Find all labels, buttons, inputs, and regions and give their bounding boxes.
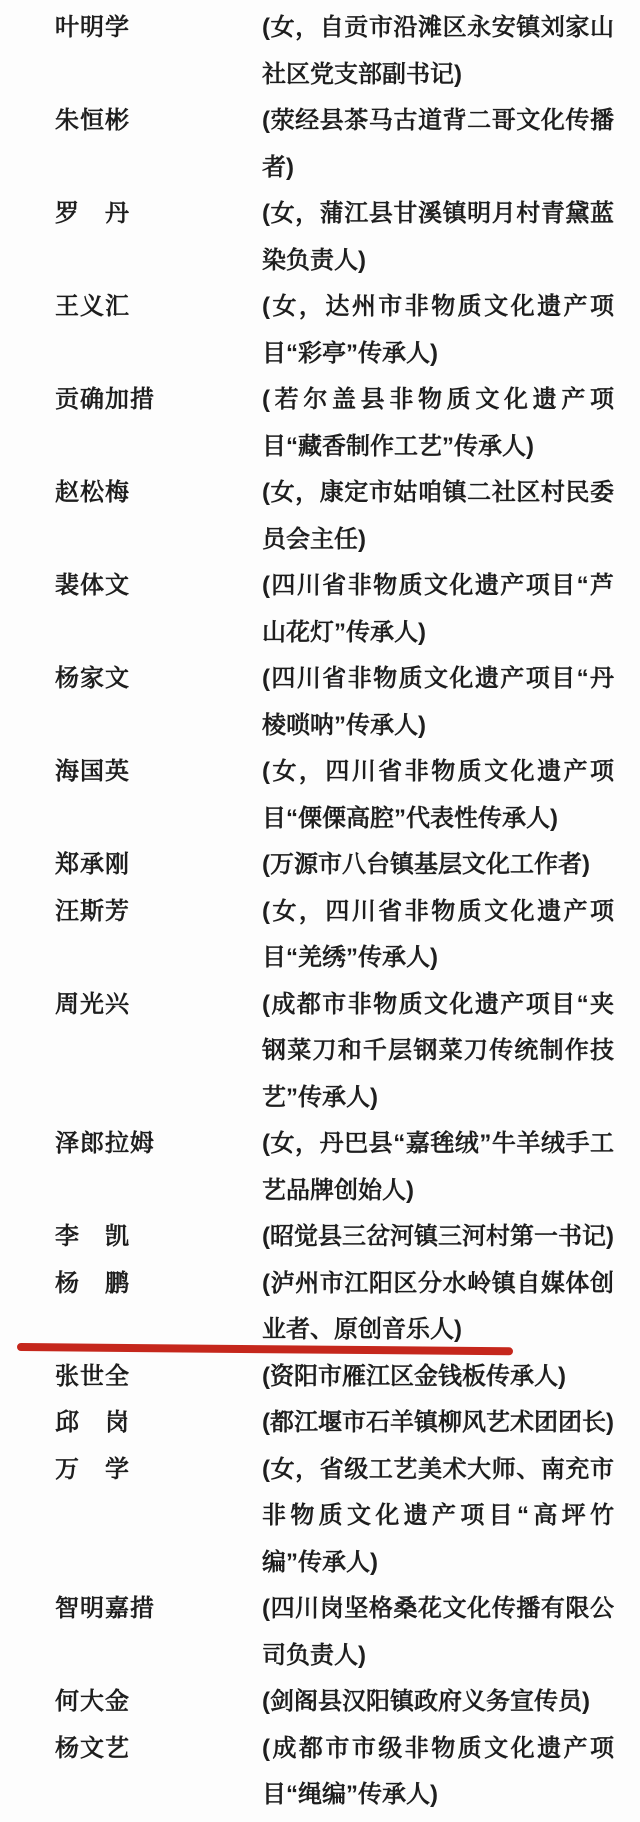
list-item: 汪斯芳 (女，四川省非物质文化遗产项目“羌绣”传承人) <box>0 889 640 982</box>
list-item: 贡确加措 (若尔盖县非物质文化遗产项目“藏香制作工艺”传承人) <box>0 377 640 470</box>
person-description: (都江堰市石羊镇柳风艺术团团长) <box>262 1400 614 1447</box>
person-description: (剑阁县汉阳镇政府义务宣传员) <box>262 1679 614 1726</box>
person-description: (成都市市级非物质文化遗产项目“绳编”传承人) <box>262 1726 614 1819</box>
list-item: 周光兴 (成都市非物质文化遗产项目“夹钢菜刀和千层钢菜刀传统制作技艺”传承人) <box>0 982 640 1122</box>
list-item: 杨 鹏 (泸州市江阳区分水岭镇自媒体创业者、原创音乐人) <box>0 1261 640 1354</box>
person-description: (女，四川省非物质文化遗产项目“羌绣”传承人) <box>262 889 614 982</box>
person-name: 张世全 <box>55 1354 262 1401</box>
list-item: 郑承刚 (万源市八台镇基层文化工作者) <box>0 842 640 889</box>
list-item: 海国英 (女，四川省非物质文化遗产项目“傈傈高腔”代表性传承人) <box>0 749 640 842</box>
person-name: 泽郎拉姆 <box>55 1121 262 1168</box>
person-description: (女，四川省非物质文化遗产项目“傈傈高腔”代表性传承人) <box>262 749 614 842</box>
person-name: 海国英 <box>55 749 262 796</box>
person-name: 万 学 <box>55 1447 262 1494</box>
document-page: 叶明学 (女，自贡市沿滩区永安镇刘家山社区党支部副书记) 朱恒彬 (荥经县茶马古… <box>0 0 640 1822</box>
list-item: 杨家文 (四川省非物质文化遗产项目“丹棱唢呐”传承人) <box>0 656 640 749</box>
person-description: (女，丹巴县“嘉毪绒”牛羊绒手工艺品牌创始人) <box>262 1121 614 1214</box>
list-item: 张世全 (资阳市雁江区金钱板传承人) <box>0 1354 640 1401</box>
list-item: 邱 岗 (都江堰市石羊镇柳风艺术团团长) <box>0 1400 640 1447</box>
list-item: 智明嘉措 (四川岗坚格桑花文化传播有限公司负责人) <box>0 1586 640 1679</box>
person-name: 李 凯 <box>55 1214 262 1261</box>
person-name: 贡确加措 <box>55 377 262 424</box>
person-name: 罗 丹 <box>55 191 262 238</box>
list-item: 杨文艺 (成都市市级非物质文化遗产项目“绳编”传承人) <box>0 1726 640 1819</box>
person-description: (昭觉县三岔河镇三河村第一书记) <box>262 1214 614 1261</box>
person-description: (四川岗坚格桑花文化传播有限公司负责人) <box>262 1586 614 1679</box>
person-name: 赵松梅 <box>55 470 262 517</box>
person-description: (女，蒲江县甘溪镇明月村青黛蓝染负责人) <box>262 191 614 284</box>
awardee-list: 叶明学 (女，自贡市沿滩区永安镇刘家山社区党支部副书记) 朱恒彬 (荥经县茶马古… <box>0 5 640 1819</box>
person-description: (四川省非物质文化遗产项目“丹棱唢呐”传承人) <box>262 656 614 749</box>
person-description: (四川省非物质文化遗产项目“芦山花灯”传承人) <box>262 563 614 656</box>
person-description: (万源市八台镇基层文化工作者) <box>262 842 614 889</box>
list-item: 裴体文 (四川省非物质文化遗产项目“芦山花灯”传承人) <box>0 563 640 656</box>
list-item: 王义汇 (女，达州市非物质文化遗产项目“彩亭”传承人) <box>0 284 640 377</box>
person-name: 何大金 <box>55 1679 262 1726</box>
list-item: 叶明学 (女，自贡市沿滩区永安镇刘家山社区党支部副书记) <box>0 5 640 98</box>
person-description: (女，康定市姑咱镇二社区村民委员会主任) <box>262 470 614 563</box>
person-name: 杨家文 <box>55 656 262 703</box>
person-name: 裴体文 <box>55 563 262 610</box>
person-name: 邱 岗 <box>55 1400 262 1447</box>
list-item: 泽郎拉姆 (女，丹巴县“嘉毪绒”牛羊绒手工艺品牌创始人) <box>0 1121 640 1214</box>
person-description: (荥经县茶马古道背二哥文化传播者) <box>262 98 614 191</box>
person-name: 杨文艺 <box>55 1726 262 1773</box>
person-description: (女，省级工艺美术大师、南充市非物质文化遗产项目“高坪竹编”传承人) <box>262 1447 614 1587</box>
person-description: (女，自贡市沿滩区永安镇刘家山社区党支部副书记) <box>262 5 614 98</box>
person-name: 叶明学 <box>55 5 262 52</box>
person-name: 杨 鹏 <box>55 1261 262 1308</box>
person-name: 朱恒彬 <box>55 98 262 145</box>
person-name: 王义汇 <box>55 284 262 331</box>
list-item: 李 凯 (昭觉县三岔河镇三河村第一书记) <box>0 1214 640 1261</box>
person-description: (女，达州市非物质文化遗产项目“彩亭”传承人) <box>262 284 614 377</box>
person-description: (资阳市雁江区金钱板传承人) <box>262 1354 614 1401</box>
list-item: 赵松梅 (女，康定市姑咱镇二社区村民委员会主任) <box>0 470 640 563</box>
list-item: 万 学 (女，省级工艺美术大师、南充市非物质文化遗产项目“高坪竹编”传承人) <box>0 1447 640 1587</box>
person-name: 汪斯芳 <box>55 889 262 936</box>
person-name: 郑承刚 <box>55 842 262 889</box>
list-item: 罗 丹 (女，蒲江县甘溪镇明月村青黛蓝染负责人) <box>0 191 640 284</box>
person-name: 智明嘉措 <box>55 1586 262 1633</box>
person-name: 周光兴 <box>55 982 262 1029</box>
person-description: (泸州市江阳区分水岭镇自媒体创业者、原创音乐人) <box>262 1261 614 1354</box>
person-description: (成都市非物质文化遗产项目“夹钢菜刀和千层钢菜刀传统制作技艺”传承人) <box>262 982 614 1122</box>
person-description: (若尔盖县非物质文化遗产项目“藏香制作工艺”传承人) <box>262 377 614 470</box>
list-item: 朱恒彬 (荥经县茶马古道背二哥文化传播者) <box>0 98 640 191</box>
list-item: 何大金 (剑阁县汉阳镇政府义务宣传员) <box>0 1679 640 1726</box>
